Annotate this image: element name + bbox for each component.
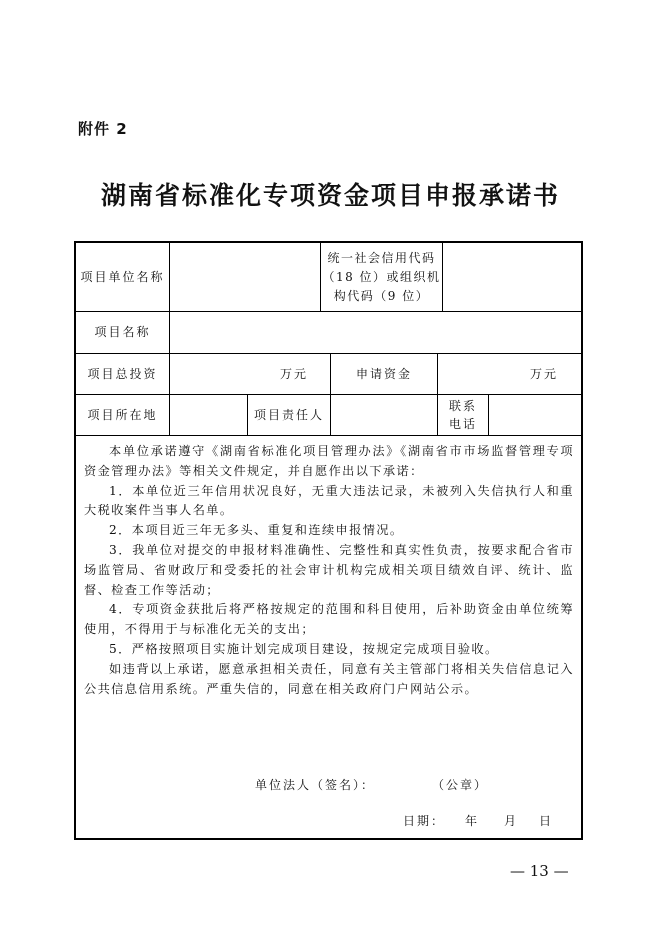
total-investment-unit: 万元 <box>280 365 308 384</box>
credit-code-label-line2: （18 位）或组织机 <box>322 268 440 287</box>
unit-name-field[interactable] <box>170 243 320 311</box>
month-label: 月 <box>504 812 518 829</box>
commitment-closing: 如违背以上承诺，愿意承担相关责任，同意有关主管部门将相关失信信息记入公共信息信用… <box>84 660 574 700</box>
seal-label: （公章） <box>432 776 488 793</box>
year-label: 年 <box>465 812 479 829</box>
project-name-field[interactable] <box>170 312 581 353</box>
total-investment-label: 项目总投资 <box>76 354 169 394</box>
requested-funds-label: 申请资金 <box>331 354 437 394</box>
commitment-item-5: 5．严格按照项目实施计划完成项目建设，按规定完成项目验收。 <box>84 640 574 660</box>
commitment-item-2: 2．本项目近三年无多头、重复和连续申报情况。 <box>84 521 574 541</box>
project-name-label: 项目名称 <box>76 312 169 353</box>
requested-funds-field[interactable]: 万元 <box>438 354 581 394</box>
phone-label: 联系 电话 <box>438 395 488 435</box>
phone-label-line1: 联系 <box>449 397 477 415</box>
credit-code-label-line3: 构代码（9 位） <box>334 287 429 306</box>
row-divider <box>75 435 582 436</box>
date-label: 日期： <box>403 812 445 829</box>
phone-label-line2: 电话 <box>449 415 477 433</box>
requested-funds-unit: 万元 <box>530 365 558 384</box>
day-label: 日 <box>539 812 553 829</box>
credit-code-label-line1: 统一社会信用代码 <box>327 249 435 268</box>
responsible-person-label: 项目责任人 <box>248 395 330 435</box>
commitment-item-4: 4．专项资金获批后将严格按规定的范围和科目使用，后补助资金由单位统筹使用，不得用… <box>84 600 574 640</box>
responsible-person-field[interactable] <box>331 395 437 435</box>
legal-rep-signature-label: 单位法人（签名）： <box>255 776 375 793</box>
document-title: 湖南省标准化专项资金项目申报承诺书 <box>0 176 661 212</box>
commitment-item-1: 1．本单位近三年信用状况良好，无重大违法记录，未被列入失信执行人和重大税收案件当… <box>84 482 574 522</box>
credit-code-label: 统一社会信用代码 （18 位）或组织机 构代码（9 位） <box>321 243 442 311</box>
phone-field[interactable] <box>489 395 581 435</box>
page-number: — 13 — <box>510 862 569 880</box>
credit-code-field[interactable] <box>443 243 581 311</box>
location-label: 项目所在地 <box>76 395 169 435</box>
commitment-intro: 本单位承诺遵守《湖南省标准化项目管理办法》《湖南省市市场监督管理专项资金管理办法… <box>84 442 574 482</box>
attachment-label: 附件 2 <box>78 118 128 139</box>
location-field[interactable] <box>170 395 247 435</box>
unit-name-label: 项目单位名称 <box>76 243 169 311</box>
commitment-item-3: 3．我单位对提交的申报材料准确性、完整性和真实性负责，按要求配合省市场监管局、省… <box>84 541 574 600</box>
total-investment-field[interactable]: 万元 <box>170 354 330 394</box>
commitment-body: 本单位承诺遵守《湖南省标准化项目管理办法》《湖南省市市场监督管理专项资金管理办法… <box>84 442 574 699</box>
